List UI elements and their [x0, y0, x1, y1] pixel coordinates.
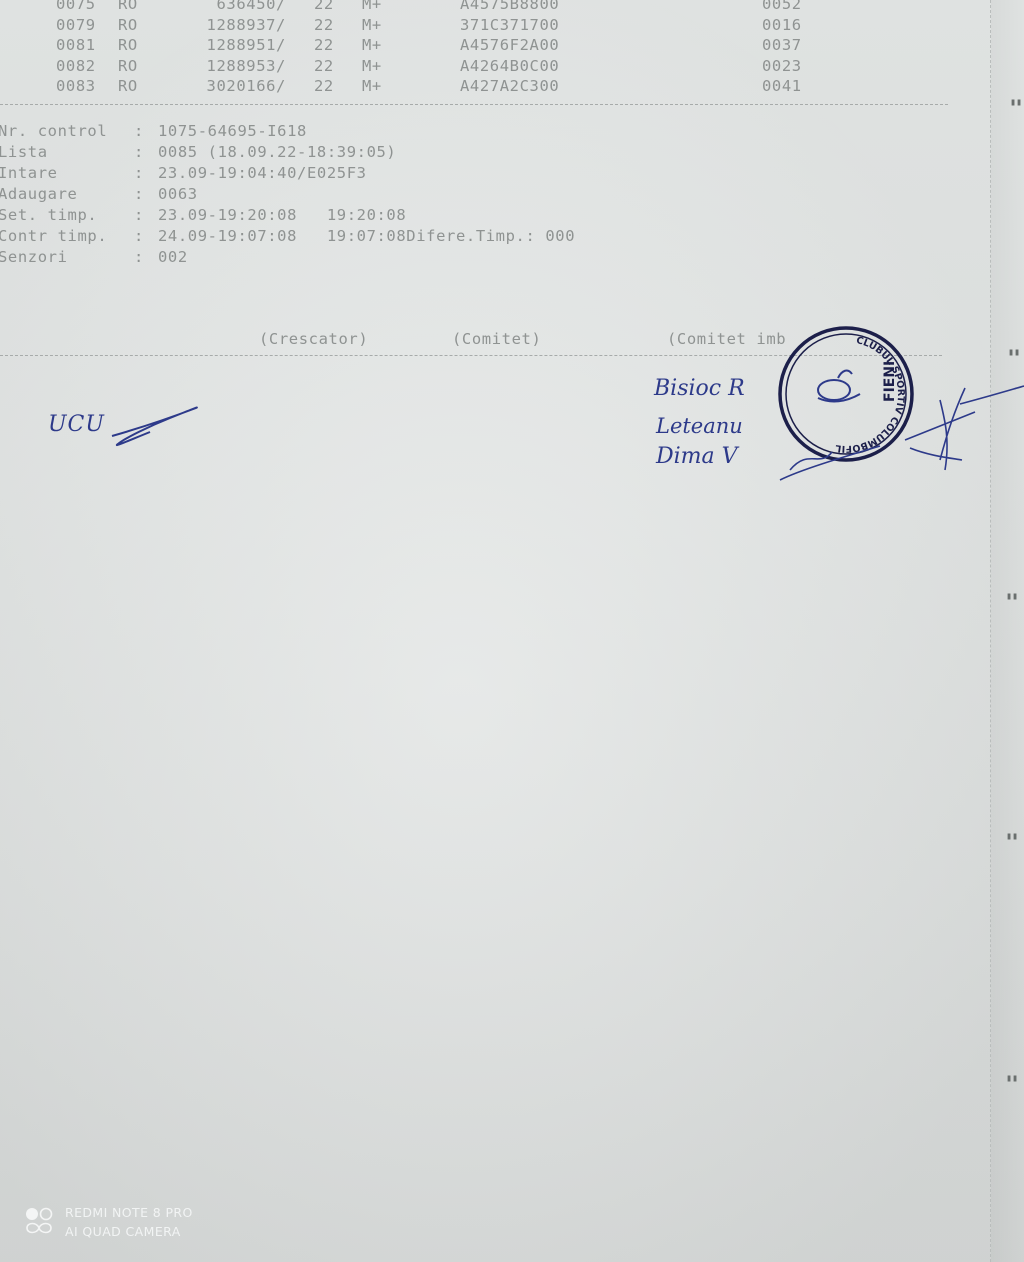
info-label: Adaugare	[0, 184, 77, 204]
cell-sex: M+	[362, 56, 382, 76]
edge-text-fragment: ▮▮	[1006, 1074, 1018, 1084]
table-row: 0082RO1288953/22M+A4264B0C000023	[0, 56, 960, 76]
cell-year: 22	[314, 0, 334, 14]
cell-nr: 0075	[56, 0, 96, 14]
cell-country: RO	[118, 56, 138, 76]
info-label: Nr. control	[0, 121, 107, 141]
edge-text-fragment: ▮▮	[1006, 832, 1018, 842]
cell-nr: 0081	[56, 35, 96, 55]
label-comitet-imbarcare: (Comitet imb	[667, 330, 786, 348]
info-value: 0063	[158, 184, 198, 204]
info-sep: :	[134, 226, 144, 246]
info-row: Set. timp.:23.09-19:20:08 19:20:08	[0, 205, 960, 225]
table-divider	[0, 104, 948, 105]
edge-text-fragment: ▮▮	[1010, 98, 1022, 108]
breeder-signature-name: UCU	[48, 412, 105, 437]
cell-sex: M+	[362, 76, 382, 96]
info-label: Contr timp.	[0, 226, 107, 246]
info-sep: :	[134, 184, 144, 204]
info-sep: :	[134, 163, 144, 183]
cell-value: 0016	[762, 15, 802, 35]
info-value: 23.09-19:20:08 19:20:08	[158, 205, 406, 225]
cell-sex: M+	[362, 15, 382, 35]
cell-country: RO	[118, 35, 138, 55]
cell-sex: M+	[362, 35, 382, 55]
cell-ring: 636450/	[190, 0, 286, 14]
committee-name-1: Bisioc R	[654, 376, 745, 401]
cell-chip: A4575B8800	[460, 0, 559, 14]
cell-nr: 0082	[56, 56, 96, 76]
cell-sex: M+	[362, 0, 382, 14]
info-label: Intare	[0, 163, 58, 183]
cell-chip: 371C371700	[460, 15, 559, 35]
info-sep: :	[134, 142, 144, 162]
info-row: Intare:23.09-19:04:40/E025F3	[0, 163, 960, 183]
cell-nr: 0083	[56, 76, 96, 96]
cell-value: 0023	[762, 56, 802, 76]
info-sep: :	[134, 121, 144, 141]
cell-ring: 1288937/	[190, 15, 286, 35]
info-label: Lista	[0, 142, 48, 162]
info-value: 1075-64695-I618	[158, 121, 307, 141]
table-row: 0083RO3020166/22M+A427A2C3000041	[0, 76, 960, 96]
info-sep: :	[134, 247, 144, 267]
info-label: Set. timp.	[0, 205, 97, 225]
edge-text-fragment: ▮▮	[1006, 592, 1018, 602]
cell-year: 22	[314, 76, 334, 96]
committee-signature-scribble	[0, 0, 1, 1]
cell-chip: A4576F2A00	[460, 35, 559, 55]
cell-country: RO	[118, 15, 138, 35]
camera-logo-icon	[24, 1206, 54, 1236]
cell-ring: 1288951/	[190, 35, 286, 55]
paper-fold-line	[990, 0, 991, 1262]
cell-year: 22	[314, 15, 334, 35]
stamp-center-text: FIENI	[882, 361, 898, 402]
cell-year: 22	[314, 35, 334, 55]
table-row: 0075RO636450/22M+A4575B88000052	[0, 0, 960, 14]
cell-chip: A4264B0C00	[460, 56, 559, 76]
table-row: 0081RO1288951/22M+A4576F2A000037	[0, 35, 960, 55]
info-row: Nr. control:1075-64695-I618	[0, 121, 960, 141]
info-value: 24.09-19:07:08 19:07:08Difere.Timp.: 000	[158, 226, 575, 246]
cell-value: 0052	[762, 0, 802, 14]
label-crescator: (Crescator)	[259, 330, 368, 348]
cell-country: RO	[118, 76, 138, 96]
table-row: 0079RO1288937/22M+371C3717000016	[0, 15, 960, 35]
cell-ring: 3020166/	[190, 76, 286, 96]
cell-value: 0037	[762, 35, 802, 55]
info-sep: :	[134, 205, 144, 225]
cell-chip: A427A2C300	[460, 76, 559, 96]
info-value: 0085 (18.09.22-18:39:05)	[158, 142, 396, 162]
watermark-line-1: REDMI NOTE 8 PRO	[65, 1205, 193, 1220]
cell-ring: 1288953/	[190, 56, 286, 76]
info-row: Adaugare:0063	[0, 184, 960, 204]
committee-name-2: Leteanu	[656, 414, 743, 438]
info-row: Contr timp.:24.09-19:07:08 19:07:08Difer…	[0, 226, 960, 246]
cell-nr: 0079	[56, 15, 96, 35]
cell-country: RO	[118, 0, 138, 14]
info-value: 002	[158, 247, 188, 267]
edge-text-fragment: ▮▮	[1008, 348, 1020, 358]
info-label: Senzori	[0, 247, 68, 267]
committee-name-3: Dima V	[656, 444, 738, 469]
cell-value: 0041	[762, 76, 802, 96]
info-row: Senzori:002	[0, 247, 960, 267]
cell-year: 22	[314, 56, 334, 76]
watermark-line-2: AI QUAD CAMERA	[65, 1224, 181, 1239]
info-value: 23.09-19:04:40/E025F3	[158, 163, 367, 183]
club-stamp: CLUBUL SPORTIV COLUMBOFIL FIENI	[776, 324, 916, 464]
label-comitet: (Comitet)	[452, 330, 541, 348]
info-row: Lista:0085 (18.09.22-18:39:05)	[0, 142, 960, 162]
